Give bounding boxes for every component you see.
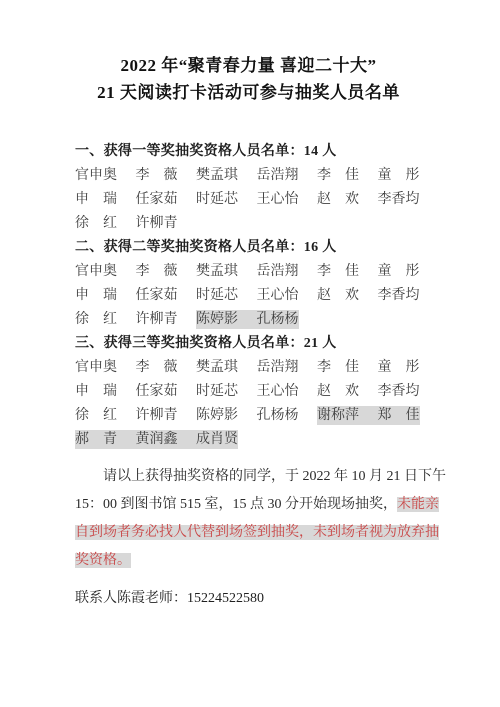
notice-line: 奖资格。 (75, 547, 422, 575)
winner-name-text: 时延芯 (196, 190, 238, 209)
notice-text: 请以上获得抽奖资格的同学，于 2022 年 10 月 21 日下午 (103, 469, 446, 484)
winner-name: 申瑞 (75, 382, 136, 401)
winner-name-text: 赵欢 (317, 190, 359, 209)
winner-name-highlighted: 成肖贤 (196, 430, 257, 449)
winner-name-text: 任家茹 (136, 190, 178, 209)
winner-name: 任家茹 (136, 190, 197, 209)
winner-name: 许柳青 (136, 310, 197, 329)
winner-name-text: 赵欢 (317, 286, 359, 305)
winner-name-text: 陈婷影 (196, 310, 238, 329)
winner-name: 申瑞 (75, 190, 136, 209)
winner-name-text: 李佳 (317, 262, 359, 281)
winner-name: 童彤 (378, 358, 439, 377)
name-row: 官申奥李薇樊孟琪岳浩翔李佳童彤 (75, 358, 422, 377)
contact-line: 联系人陈霞老师：15224522580 (75, 589, 422, 608)
winner-name-text: 李佳 (317, 166, 359, 185)
winner-name: 李薇 (136, 358, 197, 377)
prize-section: 一、获得一等奖抽奖资格人员名单：14 人官申奥李薇樊孟琪岳浩翔李佳童彤申瑞任家茹… (75, 142, 422, 233)
winner-name-text: 李薇 (136, 166, 178, 185)
winner-name-text: 任家茹 (136, 382, 178, 401)
winner-name: 官申奥 (75, 166, 136, 185)
winner-name-text: 李薇 (136, 358, 178, 377)
winner-name-text: 徐红 (75, 310, 117, 329)
name-row: 官申奥李薇樊孟琪岳浩翔李佳童彤 (75, 262, 422, 281)
notice-text: 15：00 到图书馆 515 室，15 点 30 分开始现场抽奖， (75, 497, 397, 512)
notice-warning-text: 奖资格。 (75, 553, 131, 568)
winner-name-text: 樊孟琪 (196, 166, 238, 185)
name-row: 徐红许柳青陈婷影孔杨杨谢称萍郑佳 (75, 406, 422, 425)
winner-name-text: 申瑞 (75, 190, 117, 209)
winner-name-text: 孔杨杨 (257, 310, 299, 329)
winner-name: 李佳 (317, 166, 378, 185)
document-title: 2022 年“聚青春力量 喜迎二十大” 21 天阅读打卡活动可参与抽奖人员名单 (67, 52, 430, 106)
name-row: 申瑞任家茹时延芯王心怡赵欢李香均 (75, 286, 422, 305)
name-row: 徐红许柳青陈婷影孔杨杨 (75, 310, 422, 329)
winner-name-text: 申瑞 (75, 382, 117, 401)
winner-name-text: 岳浩翔 (257, 358, 299, 377)
winner-name: 官申奥 (75, 358, 136, 377)
name-row: 申瑞任家茹时延芯王心怡赵欢李香均 (75, 190, 422, 209)
notice-warning-text: 未能亲 (397, 497, 439, 512)
winner-name: 王心怡 (257, 382, 318, 401)
winner-name: 时延芯 (196, 190, 257, 209)
winner-name-text: 徐红 (75, 406, 117, 425)
name-row: 申瑞任家茹时延芯王心怡赵欢李香均 (75, 382, 422, 401)
winner-name-text: 时延芯 (196, 382, 238, 401)
section-heading: 三、获得三等奖抽奖资格人员名单：21 人 (75, 334, 422, 353)
winner-name-text: 李香均 (378, 382, 420, 401)
winner-name-text: 童彤 (378, 358, 420, 377)
name-row: 官申奥李薇樊孟琪岳浩翔李佳童彤 (75, 166, 422, 185)
winner-name-text: 李香均 (378, 286, 420, 305)
winner-name-text: 岳浩翔 (257, 262, 299, 281)
name-row: 郝青黄润鑫成肖贤 (75, 430, 422, 449)
winner-name-text: 郝青 (75, 430, 117, 449)
winner-name-text: 岳浩翔 (257, 166, 299, 185)
winner-name: 时延芯 (196, 286, 257, 305)
winner-name-text: 王心怡 (257, 190, 299, 209)
winner-name: 徐红 (75, 406, 136, 425)
prize-section: 二、获得二等奖抽奖资格人员名单：16 人官申奥李薇樊孟琪岳浩翔李佳童彤申瑞任家茹… (75, 238, 422, 329)
winner-name: 岳浩翔 (257, 262, 318, 281)
winner-name-text: 任家茹 (136, 286, 178, 305)
winner-name-text: 许柳青 (136, 310, 178, 329)
winner-name: 任家茹 (136, 286, 197, 305)
winner-name-text: 申瑞 (75, 286, 117, 305)
winner-name: 李薇 (136, 262, 197, 281)
winner-name-text: 王心怡 (257, 286, 299, 305)
winner-name: 时延芯 (196, 382, 257, 401)
winner-name-highlighted: 陈婷影 (196, 310, 257, 329)
winner-name: 岳浩翔 (257, 166, 318, 185)
winner-name: 樊孟琪 (196, 358, 257, 377)
winner-name: 官申奥 (75, 262, 136, 281)
winner-name-text: 时延芯 (196, 286, 238, 305)
winner-name: 王心怡 (257, 190, 318, 209)
winner-name: 樊孟琪 (196, 262, 257, 281)
winner-name-text: 李香均 (378, 190, 420, 209)
winner-name: 赵欢 (317, 382, 378, 401)
winner-name-highlighted: 孔杨杨 (257, 310, 318, 329)
winner-name-highlighted: 黄润鑫 (136, 430, 197, 449)
winner-name: 李香均 (378, 382, 439, 401)
winner-name: 樊孟琪 (196, 166, 257, 185)
winner-name: 陈婷影 (196, 406, 257, 425)
winner-name: 许柳青 (136, 214, 197, 233)
name-row: 徐红许柳青 (75, 214, 422, 233)
notice-line: 自到场者务必找人代替到场签到抽奖，未到场者视为放弃抽 (75, 519, 422, 547)
winner-name-text: 赵欢 (317, 382, 359, 401)
winner-name: 徐红 (75, 310, 136, 329)
winner-name-text: 樊孟琪 (196, 358, 238, 377)
prize-section: 三、获得三等奖抽奖资格人员名单：21 人官申奥李薇樊孟琪岳浩翔李佳童彤申瑞任家茹… (75, 334, 422, 449)
winner-name-highlighted: 郑佳 (378, 406, 439, 425)
winner-name-text: 童彤 (378, 262, 420, 281)
winner-name-text: 官申奥 (75, 262, 117, 281)
winner-sections: 一、获得一等奖抽奖资格人员名单：14 人官申奥李薇樊孟琪岳浩翔李佳童彤申瑞任家茹… (75, 142, 422, 449)
winner-name-highlighted: 郝青 (75, 430, 136, 449)
winner-name-text: 许柳青 (136, 214, 178, 233)
winner-name-text: 谢称萍 (317, 406, 359, 425)
winner-name: 李香均 (378, 286, 439, 305)
winner-name-text: 李薇 (136, 262, 178, 281)
section-heading: 二、获得二等奖抽奖资格人员名单：16 人 (75, 238, 422, 257)
winner-name-text: 成肖贤 (196, 430, 238, 449)
winner-name-text: 陈婷影 (196, 406, 238, 425)
notice-line: 15：00 到图书馆 515 室，15 点 30 分开始现场抽奖，未能亲 (75, 491, 422, 519)
winner-name: 李薇 (136, 166, 197, 185)
winner-name-text: 郑佳 (378, 406, 420, 425)
winner-name-text: 孔杨杨 (257, 406, 299, 425)
winner-name-text: 官申奥 (75, 358, 117, 377)
winner-name: 童彤 (378, 166, 439, 185)
winner-name-text: 李佳 (317, 358, 359, 377)
winner-name: 李佳 (317, 262, 378, 281)
winner-name-text: 许柳青 (136, 406, 178, 425)
section-heading: 一、获得一等奖抽奖资格人员名单：14 人 (75, 142, 422, 161)
winner-name: 赵欢 (317, 190, 378, 209)
title-line-2: 21 天阅读打卡活动可参与抽奖人员名单 (67, 79, 430, 106)
notice-warning-text: 自到场者务必找人代替到场签到抽奖，未到场者视为放弃抽 (75, 525, 439, 540)
winner-name: 孔杨杨 (257, 406, 318, 425)
winner-name-highlighted: 谢称萍 (317, 406, 378, 425)
winner-name: 岳浩翔 (257, 358, 318, 377)
title-line-1: 2022 年“聚青春力量 喜迎二十大” (67, 52, 430, 79)
winner-name: 任家茹 (136, 382, 197, 401)
winner-name-text: 黄润鑫 (136, 430, 178, 449)
winner-name: 申瑞 (75, 286, 136, 305)
winner-name: 李香均 (378, 190, 439, 209)
winner-name: 李佳 (317, 358, 378, 377)
winner-name: 王心怡 (257, 286, 318, 305)
winner-name-text: 官申奥 (75, 166, 117, 185)
winner-name-text: 王心怡 (257, 382, 299, 401)
notice-line: 请以上获得抽奖资格的同学，于 2022 年 10 月 21 日下午 (75, 463, 422, 491)
document-page: 2022 年“聚青春力量 喜迎二十大” 21 天阅读打卡活动可参与抽奖人员名单 … (0, 0, 500, 707)
notice-paragraph: 请以上获得抽奖资格的同学，于 2022 年 10 月 21 日下午15：00 到… (75, 463, 422, 575)
winner-name: 赵欢 (317, 286, 378, 305)
winner-name-text: 徐红 (75, 214, 117, 233)
winner-name-text: 樊孟琪 (196, 262, 238, 281)
winner-name: 许柳青 (136, 406, 197, 425)
winner-name: 童彤 (378, 262, 439, 281)
winner-name: 徐红 (75, 214, 136, 233)
winner-name-text: 童彤 (378, 166, 420, 185)
